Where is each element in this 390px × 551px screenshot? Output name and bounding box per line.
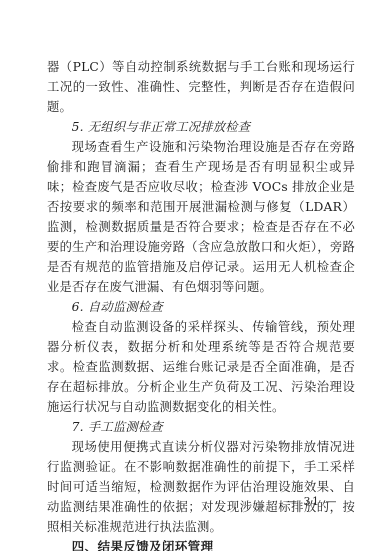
subheading-5-fugitive-emissions-check: 5. 无组织与非正常工况排放检查	[47, 117, 355, 137]
subheading-6-automatic-monitoring-check: 6. 自动监测检查	[47, 297, 355, 317]
paragraph-continuation-plc: 器（PLC）等自动控制系统数据与手工台账和现场运行工况的一致性、准确性、完整性，…	[47, 57, 355, 117]
paragraph-fugitive-emissions-body: 现场查看生产设施和污染物治理设施是否存在旁路偷排和跑冒滴漏；查看生产现场是否有明…	[47, 137, 355, 297]
section-heading-result-feedback: 四、结果反馈及闭环管理	[47, 537, 355, 551]
paragraph-manual-monitoring-body: 现场使用便携式直读分析仪器对污染物排放情况进行监测验证。在不影响数据准确性的前提…	[47, 437, 355, 537]
paragraph-automatic-monitoring-body: 检查自动监测设备的采样探头、传输管线，预处理器分析仪表，数据分析和处理系统等是否…	[47, 317, 355, 417]
document-page: 器（PLC）等自动控制系统数据与手工台账和现场运行工况的一致性、准确性、完整性，…	[0, 0, 390, 551]
subheading-7-manual-monitoring-check: 7. 手工监测检查	[47, 417, 355, 437]
page-number: — 31 —	[286, 492, 338, 512]
